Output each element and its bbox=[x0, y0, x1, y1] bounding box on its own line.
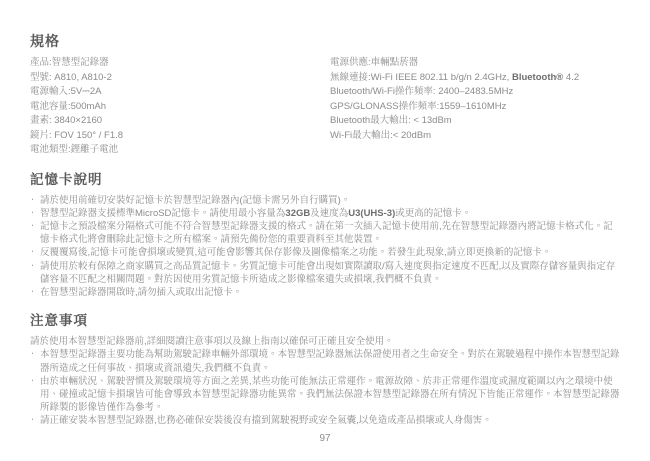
manual-page: 規格 產品:智慧型記錄器 型號: A810, A810-2 電源輸入:5V⎓2A… bbox=[0, 0, 650, 461]
spec-line-product: 產品:智慧型記錄器 bbox=[30, 56, 330, 71]
wireless-post: 4.2 bbox=[563, 72, 579, 83]
capacity-post: 或更高的記憶卡。 bbox=[395, 208, 471, 219]
capacity-mid: 及速度為 bbox=[310, 208, 348, 219]
notes-section-title: 注意事項 bbox=[30, 312, 620, 329]
memory-item-quality: 請使用於較有保障之商家購買之高品質記憶卡。劣質記憶卡可能會出現如實際讀取/寫入速… bbox=[30, 260, 620, 286]
memory-list: 請於使用前確切安裝好記憶卡於智慧型記錄器內(記憶卡需另外自行購買)。 智慧型記錄… bbox=[30, 194, 620, 300]
notes-list: 本智慧型記錄器主要功能為幫助駕駛記錄車輛外部環境。本智慧型記錄器無法保證使用者之… bbox=[30, 348, 620, 427]
spec-line-bt-output: Bluetooth最大輸出: < 13dBm bbox=[330, 114, 620, 129]
page-number: 97 bbox=[0, 433, 650, 444]
spec-line-battery-capacity: 電池容量:500mAh bbox=[30, 100, 330, 115]
wireless-pre: 無線連接:Wi-Fi IEEE 802.11 b/g/n 2.4GHz, bbox=[330, 72, 512, 83]
memory-item-capacity: 智慧型記錄器支援標準MicroSD記憶卡。請使用最小容量為32GB及速度為U3(… bbox=[30, 207, 620, 220]
spec-line-gps-freq: GPS/GLONASS操作頻率:1559–1610MHz bbox=[330, 100, 620, 115]
specs-column-right: 電源供應:車輛點菸器 無線連接:Wi-Fi IEEE 802.11 b/g/n … bbox=[330, 56, 620, 158]
spec-line-battery-type: 電池類型:鋰離子電池 bbox=[30, 143, 330, 158]
capacity-uhs-bold: U3(UHS-3) bbox=[348, 208, 395, 219]
specs-columns: 產品:智慧型記錄器 型號: A810, A810-2 電源輸入:5V⎓2A 電池… bbox=[30, 56, 620, 158]
spec-line-model: 型號: A810, A810-2 bbox=[30, 71, 330, 86]
spec-line-resolution: 畫素: 3840×2160 bbox=[30, 114, 330, 129]
memory-section-title: 記憶卡說明 bbox=[30, 171, 620, 188]
memory-item-install: 請於使用前確切安裝好記憶卡於智慧型記錄器內(記憶卡需另外自行購買)。 bbox=[30, 194, 620, 207]
notes-intro: 請於使用本智慧型記錄器前,詳細閱讀注意事項以及線上指南以確保可正確且安全使用。 bbox=[30, 335, 620, 348]
memory-item-overwrite: 反覆覆寫後,記憶卡可能會損壞或變質,這可能會影響其保存影像及圖像檔案之功能。若發… bbox=[30, 246, 620, 259]
notes-item-installation: 請正確安裝本智慧型記錄器,也務必確保安裝後沒有擋到駕駛視野或安全氣囊,以免造成產… bbox=[30, 414, 620, 427]
specs-column-left: 產品:智慧型記錄器 型號: A810, A810-2 電源輸入:5V⎓2A 電池… bbox=[30, 56, 330, 158]
spec-line-wireless: 無線連接:Wi-Fi IEEE 802.11 b/g/n 2.4GHz, Blu… bbox=[330, 71, 620, 86]
spec-line-wifi-output: Wi-Fi最大輸出:< 20dBm bbox=[330, 129, 620, 144]
spec-line-lens: 鏡片: FOV 150° / F1.8 bbox=[30, 129, 330, 144]
spec-line-power-input: 電源輸入:5V⎓2A bbox=[30, 85, 330, 100]
wireless-bluetooth-bold: Bluetooth® bbox=[512, 72, 563, 83]
memory-item-no-hotswap: 在智慧型記錄器開啟時,請勿插入或取出記憶卡。 bbox=[30, 286, 620, 299]
capacity-32gb-bold: 32GB bbox=[285, 208, 310, 219]
specs-section-title: 規格 bbox=[30, 33, 620, 50]
memory-item-format: 記憶卡之預設檔案分隔格式可能不符合智慧型記錄器支援的格式。請在第一次插入記憶卡使… bbox=[30, 220, 620, 246]
spec-line-bt-wifi-freq: Bluetooth/Wi-Fi操作頻率: 2400–2483.5MHz bbox=[330, 85, 620, 100]
spec-line-power-supply: 電源供應:車輛點菸器 bbox=[330, 56, 620, 71]
notes-item-conditions: 由於車輛狀況、駕駛習慣及駕駛環境等方面之差異,某些功能可能無法正常運作。電源故障… bbox=[30, 375, 620, 415]
notes-item-safety: 本智慧型記錄器主要功能為幫助駕駛記錄車輛外部環境。本智慧型記錄器無法保證使用者之… bbox=[30, 348, 620, 374]
capacity-pre: 智慧型記錄器支援標準MicroSD記憶卡。請使用最小容量為 bbox=[40, 208, 285, 219]
